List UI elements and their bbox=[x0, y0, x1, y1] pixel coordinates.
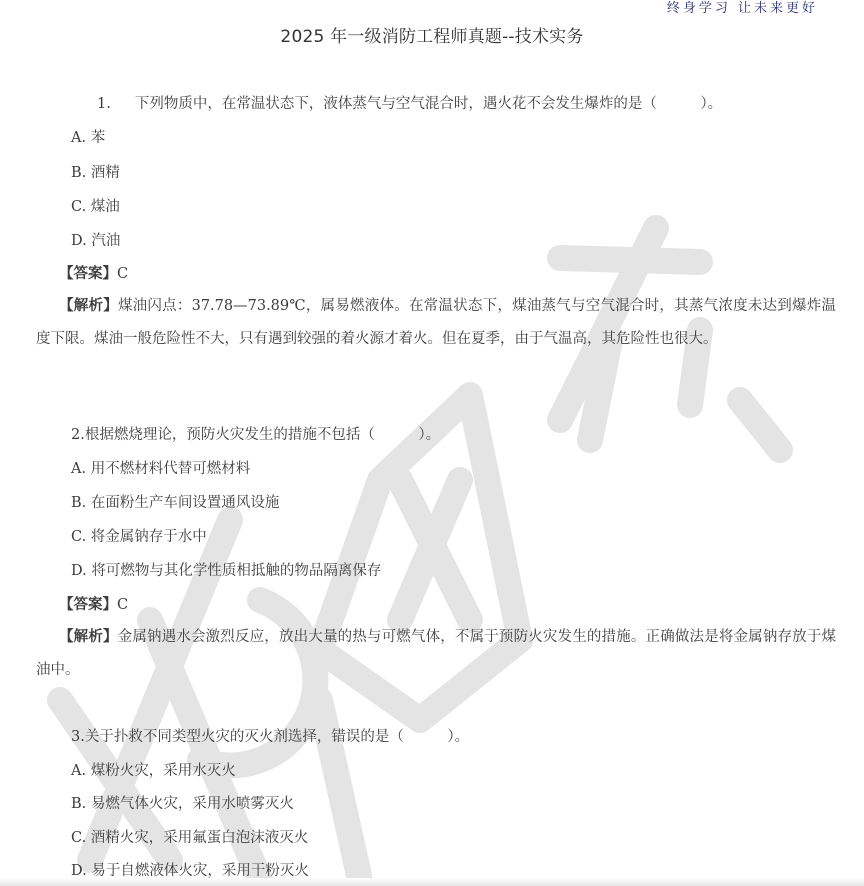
question-number: 1. bbox=[97, 96, 111, 112]
answer-value: C bbox=[117, 597, 128, 613]
question-1-answer: 【答案】C bbox=[59, 262, 128, 283]
answer-label: 【答案】 bbox=[59, 265, 117, 282]
question-1-analysis: 【解析】煤油闪点：37.78—73.89℃，属易燃液体。在常温状态下，煤油蒸气与… bbox=[36, 289, 836, 356]
question-1-stem: 1.下列物质中，在常温状态下，液体蒸气与空气混合时，遇火花不会发生爆炸的是（ ）… bbox=[97, 92, 722, 113]
analysis-label: 【解析】 bbox=[59, 297, 118, 314]
question-1-option-d: D. 汽油 bbox=[71, 229, 120, 250]
page-bottom-edge bbox=[0, 878, 864, 886]
question-1-option-b: B. 酒精 bbox=[71, 161, 120, 182]
question-3-option-c: C. 酒精火灾，采用氟蛋白泡沫液灭火 bbox=[71, 826, 308, 847]
question-3-stem: 3.关于扑救不同类型火灾的灭火剂选择，错误的是（ ）。 bbox=[71, 725, 469, 746]
question-3-option-d: D. 易于自燃液体火灾，采用干粉灭火 bbox=[71, 859, 309, 880]
question-2-option-b: B. 在面粉生产车间设置通风设施 bbox=[71, 491, 279, 512]
question-3-option-a: A. 煤粉火灾，采用水灭火 bbox=[71, 759, 236, 780]
question-number: 2. bbox=[71, 427, 85, 443]
question-2-option-c: C. 将金属钠存于水中 bbox=[71, 525, 207, 546]
question-text: 关于扑救不同类型火灾的灭火剂选择，错误的是（ ）。 bbox=[85, 729, 469, 745]
question-2-answer: 【答案】C bbox=[59, 593, 128, 614]
analysis-text: 煤油闪点：37.78—73.89℃，属易燃液体。在常温状态下，煤油蒸气与空气混合… bbox=[36, 298, 836, 347]
document-page: 2025 年一级消防工程师真题--技术实务 1.下列物质中，在常温状态下，液体蒸… bbox=[0, 0, 864, 886]
answer-value: C bbox=[117, 266, 128, 282]
question-number: 3. bbox=[71, 729, 85, 745]
document-title: 2025 年一级消防工程师真题--技术实务 bbox=[0, 22, 864, 47]
question-2-analysis: 【解析】金属钠遇水会激烈反应，放出大量的热与可燃气体，不属于预防火灾发生的措施。… bbox=[36, 620, 836, 687]
question-2-stem: 2.根据燃烧理论，预防火灾发生的措施不包括（ ）。 bbox=[71, 423, 440, 444]
question-1-option-a: A. 苯 bbox=[71, 126, 105, 147]
analysis-text: 金属钠遇水会激烈反应，放出大量的热与可燃气体，不属于预防火灾发生的措施。正确做法… bbox=[36, 629, 836, 678]
analysis-label: 【解析】 bbox=[59, 628, 118, 645]
question-text: 根据燃烧理论，预防火灾发生的措施不包括（ ）。 bbox=[85, 427, 440, 443]
answer-label: 【答案】 bbox=[59, 596, 117, 613]
question-2-option-d: D. 将可燃物与其化学性质相抵触的物品隔离保存 bbox=[71, 559, 381, 580]
question-2-option-a: A. 用不燃材料代替可燃材料 bbox=[71, 457, 250, 478]
question-1-option-c: C. 煤油 bbox=[71, 195, 120, 216]
question-text: 下列物质中，在常温状态下，液体蒸气与空气混合时，遇火花不会发生爆炸的是（ ）。 bbox=[135, 96, 722, 112]
question-3-option-b: B. 易燃气体火灾，采用水喷雾灭火 bbox=[71, 792, 294, 813]
